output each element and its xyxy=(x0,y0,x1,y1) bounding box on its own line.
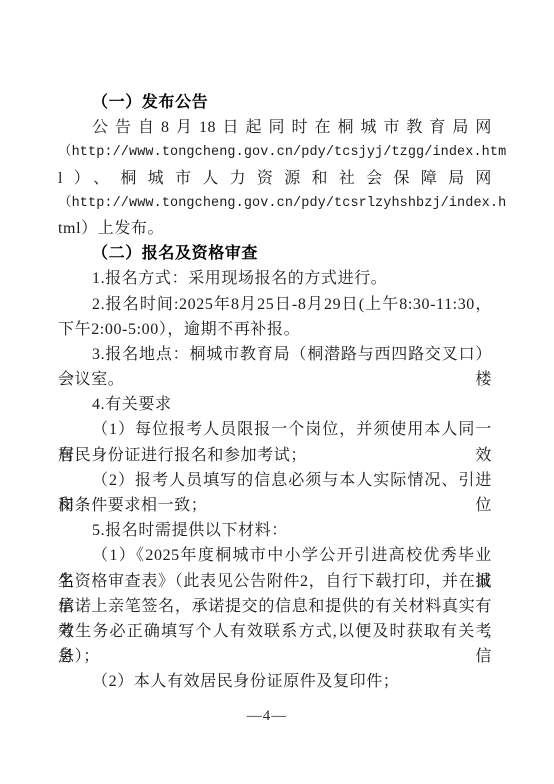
document-line: （2）报考人员填写的信息必须与本人实际情况、引进岗位 xyxy=(58,468,492,493)
document-line: （一）发布公告 xyxy=(58,90,492,115)
document-line: 名资格审查表》（此表见公告附件2，自行下载打印，并在诚信 xyxy=(58,569,492,594)
document-line: l）、桐城市人力资源和社会保障局网 xyxy=(58,166,492,191)
page-number: —4— xyxy=(0,708,534,725)
document-line: 3.报名地点：桐城市教育局（桐潜路与西四路交叉口）一楼 xyxy=(58,342,492,367)
document-line: 公告自8月18日起同时在桐城市教育局网 xyxy=(58,115,492,140)
document-line: 考生务必正确填写个人有效联系方式,以便及时获取有关考务信 xyxy=(58,619,492,644)
document-line: 下午2:00-5:00），逾期不再补报。 xyxy=(58,317,492,342)
document-line: 承诺上亲笔签名，承诺提交的信息和提供的有关材料真实有效, xyxy=(58,594,492,619)
document-line: 2.报名时间:2025年8月25日-8月29日(上午8:30-11:30， xyxy=(58,292,492,317)
document-line: tml）上发布。 xyxy=(58,216,492,241)
document-line: （1）《2025年度桐城市中小学公开引进高校优秀毕业生报 xyxy=(58,543,492,568)
document-line: （1）每位报考人员限报一个岗位，并须使用本人同一有效 xyxy=(58,417,492,442)
document-body: （一）发布公告公告自8月18日起同时在桐城市教育局网（http://www.to… xyxy=(58,90,492,695)
document-line: （2）本人有效居民身份证原件及复印件； xyxy=(58,669,492,694)
document-line: （http://www.tongcheng.gov.cn/pdy/tcsjyj/… xyxy=(58,140,492,165)
document-line: 4.有关要求 xyxy=(58,392,492,417)
document-line: 5.报名时需提供以下材料： xyxy=(58,518,492,543)
document-line: （http://www.tongcheng.gov.cn/pdy/tcsrlzy… xyxy=(58,191,492,216)
document-page: （一）发布公告公告自8月18日起同时在桐城市教育局网（http://www.to… xyxy=(0,0,554,784)
document-line: （二）报名及资格审查 xyxy=(58,241,492,266)
document-line: 1.报名方式：采用现场报名的方式进行。 xyxy=(58,266,492,291)
